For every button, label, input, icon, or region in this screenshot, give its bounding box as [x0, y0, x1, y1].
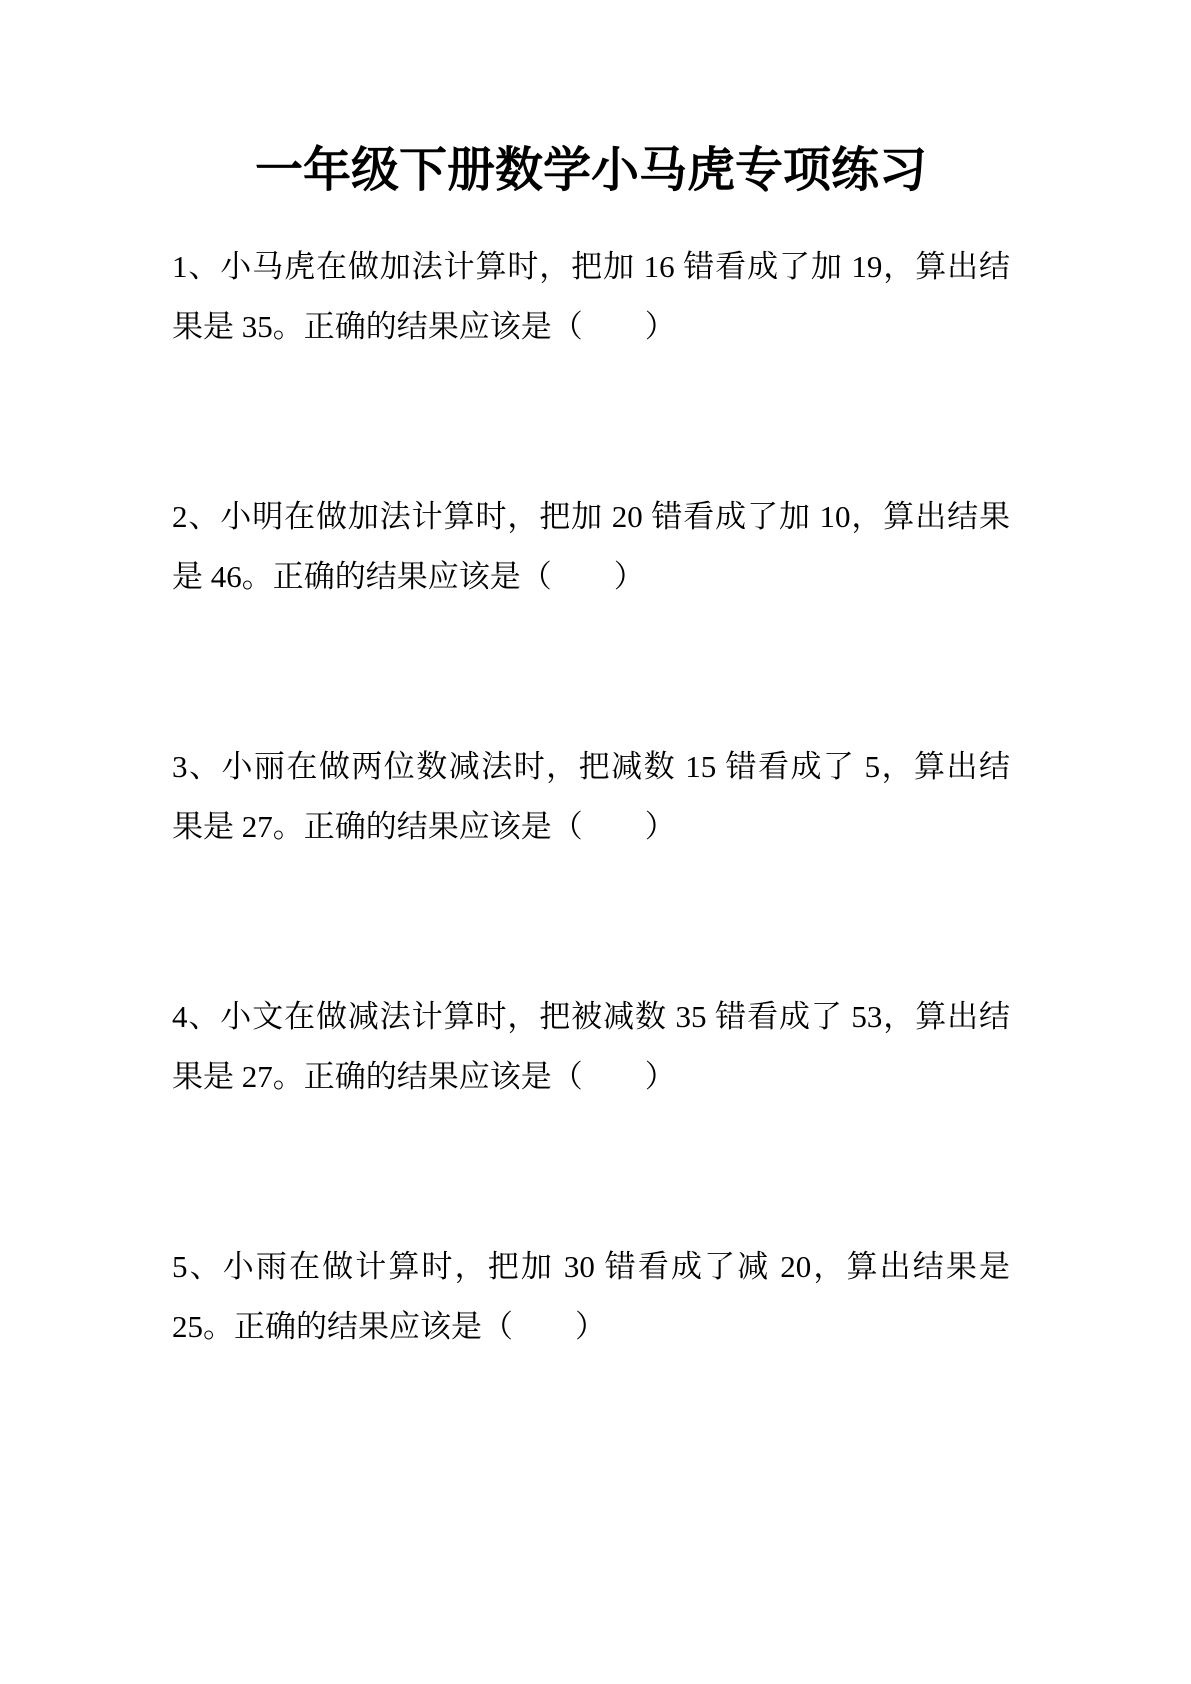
problem-4-line-2: 果是 27。正确的结果应该是（ ） — [172, 1047, 1010, 1107]
problem-5-line-1: 5、小雨在做计算时，把加 30 错看成了减 20，算出结果是 — [172, 1237, 1010, 1297]
problem-2-line-2: 是 46。正确的结果应该是（ ） — [172, 547, 1010, 607]
problem-3-line-1: 3、小丽在做两位数减法时，把减数 15 错看成了 5，算出结 — [172, 737, 1010, 797]
problem-2: 2、小明在做加法计算时，把加 20 错看成了加 10，算出结果 是 46。正确的… — [172, 487, 1010, 607]
problem-1-line-2: 果是 35。正确的结果应该是（ ） — [172, 297, 1010, 357]
problem-5-line-2: 25。正确的结果应该是（ ） — [172, 1297, 1010, 1357]
problem-1-line-1: 1、小马虎在做加法计算时，把加 16 错看成了加 19，算出结 — [172, 237, 1010, 297]
problem-3: 3、小丽在做两位数减法时，把减数 15 错看成了 5，算出结 果是 27。正确的… — [172, 737, 1010, 857]
problem-4: 4、小文在做减法计算时，把被减数 35 错看成了 53，算出结 果是 27。正确… — [172, 987, 1010, 1107]
page-title: 一年级下册数学小马虎专项练习 — [172, 140, 1010, 202]
problem-3-line-2: 果是 27。正确的结果应该是（ ） — [172, 797, 1010, 857]
problem-4-line-1: 4、小文在做减法计算时，把被减数 35 错看成了 53，算出结 — [172, 987, 1010, 1047]
problem-5: 5、小雨在做计算时，把加 30 错看成了减 20，算出结果是 25。正确的结果应… — [172, 1237, 1010, 1357]
problem-2-line-1: 2、小明在做加法计算时，把加 20 错看成了加 10，算出结果 — [172, 487, 1010, 547]
worksheet-page: 一年级下册数学小马虎专项练习 1、小马虎在做加法计算时，把加 16 错看成了加 … — [0, 0, 1191, 1684]
problem-1: 1、小马虎在做加法计算时，把加 16 错看成了加 19，算出结 果是 35。正确… — [172, 237, 1010, 357]
